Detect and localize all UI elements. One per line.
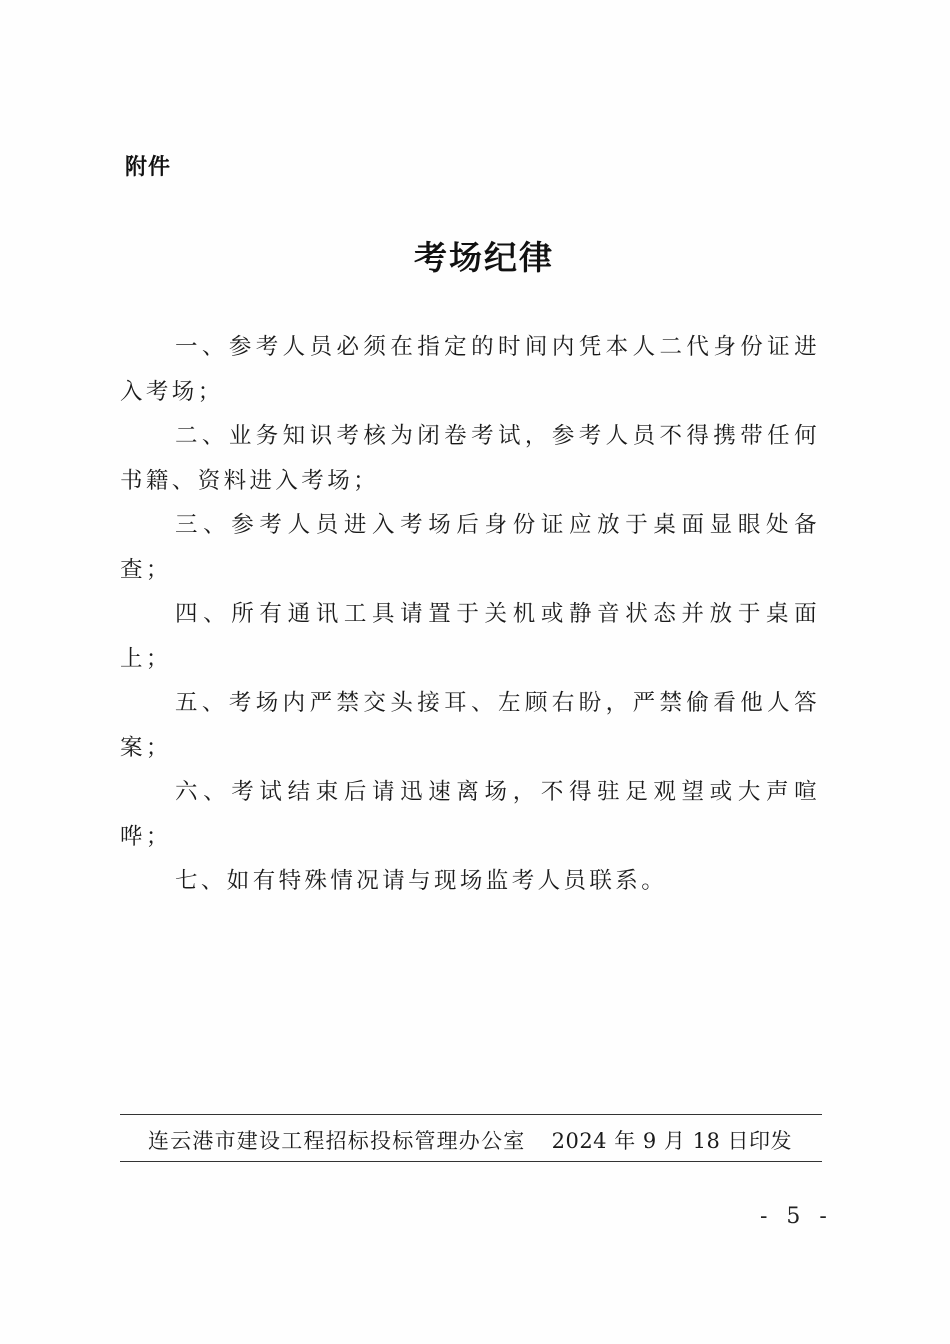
rules-list: 一、参考人员必须在指定的时间内凭本人二代身份证进入考场； 二、业务知识考核为闭卷…: [120, 325, 820, 904]
document-page: 附件 考场纪律 一、参考人员必须在指定的时间内凭本人二代身份证进入考场； 二、业…: [0, 0, 950, 1344]
rule-item-1: 一、参考人员必须在指定的时间内凭本人二代身份证进入考场；: [120, 325, 820, 414]
rule-item-7: 七、如有特殊情况请与现场监考人员联系。: [120, 859, 820, 904]
issuance-footer: 连云港市建设工程招标投标管理办公室 2024 年 9 月 18 日印发: [120, 1114, 822, 1162]
attachment-label: 附件: [125, 150, 171, 181]
rule-item-3: 三、参考人员进入考场后身份证应放于桌面显眼处备查；: [120, 503, 820, 592]
rule-item-5: 五、考场内严禁交头接耳、左顾右盼，严禁偷看他人答案；: [120, 681, 820, 770]
page-title: 考场纪律: [0, 232, 950, 279]
issuer-name: 连云港市建设工程招标投标管理办公室: [148, 1125, 525, 1155]
rule-item-2: 二、业务知识考核为闭卷考试，参考人员不得携带任何书籍、资料进入考场；: [120, 414, 820, 503]
issue-date: 2024 年 9 月 18 日印发: [552, 1125, 792, 1155]
page-number: - 5 -: [760, 1204, 833, 1229]
rule-item-4: 四、所有通讯工具请置于关机或静音状态并放于桌面上；: [120, 592, 820, 681]
rule-item-6: 六、考试结束后请迅速离场，不得驻足观望或大声喧哗；: [120, 770, 820, 859]
